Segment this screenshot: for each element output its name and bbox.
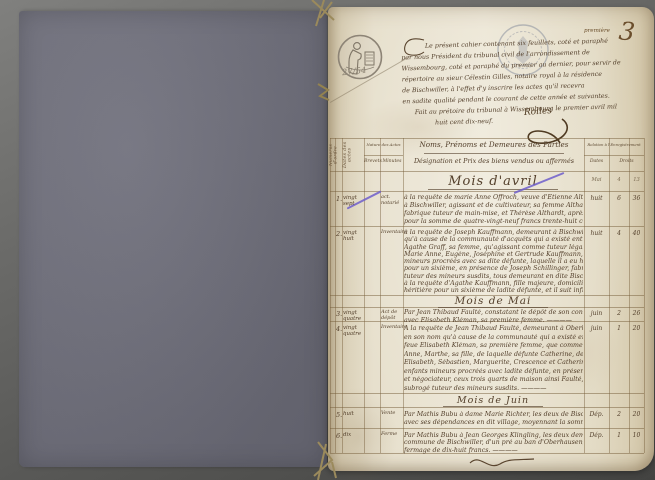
row-nature: Inventaire: [381, 325, 403, 331]
entry-line: à la requête d'Agathe Kauffmann, fille m…: [404, 280, 583, 287]
carry-centimes: 13: [630, 177, 643, 183]
table-rule: [364, 155, 403, 156]
entry-line: Par Jean Thibaud Faulté, constatant le d…: [404, 309, 583, 317]
enreg-centimes: 20: [630, 411, 643, 418]
enreg-francs: 2: [611, 411, 627, 418]
row-nature: Act de dépôt: [381, 310, 403, 321]
enreg-francs: 4: [611, 230, 627, 237]
header-enreg-dates: Dates: [585, 159, 608, 164]
entry-line: avec Élisabeth Kléman, sa première femme…: [404, 317, 583, 325]
blank-left-page: [19, 11, 327, 467]
header-brevets: Brevets: [364, 159, 380, 164]
table-rule: [644, 138, 645, 453]
header-nature-group: Nature des Actes: [364, 142, 403, 147]
carry-date: Mai: [586, 177, 607, 183]
entry-line: à la requête de marie Anne Offroch, veuv…: [404, 194, 583, 202]
enreg-francs: 1: [611, 325, 627, 332]
entry-line: qu'à cause de la communauté d'acquêts qu…: [404, 236, 583, 243]
bottom-flourish: [468, 454, 538, 468]
row-text: à la requête de marie Anne Offroch, veuv…: [404, 194, 583, 226]
entry-line: Par Mathis Bubu à dame Marie Richter, le…: [404, 411, 583, 419]
folio-word: première: [584, 28, 610, 34]
header-main-line1: Noms, Prénoms et Demeures des Parties: [404, 140, 584, 149]
entry-line: Par Mathis Bubu à Jean Georges Klingling…: [404, 432, 583, 439]
entry-line: à Bischwiller, agissant et de cultivateu…: [404, 202, 583, 210]
binding-threads: [298, 0, 348, 480]
enreg-francs: 1: [611, 432, 627, 439]
entry-line: Anne, Marthe, sa fille, de laquelle défu…: [404, 351, 583, 360]
entry-line: Marie Anne, Eugène, Joséphine et Gertrud…: [404, 251, 583, 258]
row-nature: Inventaire: [381, 230, 403, 236]
table-rule: [330, 226, 644, 227]
enreg-date: Dép.: [586, 432, 607, 439]
entry-line: en son nom qu'à cause de la communauté q…: [404, 334, 583, 343]
enreg-centimes: 36: [630, 195, 643, 202]
entry-line: Agathe Graff, sa femme, qu'agissant comm…: [404, 244, 583, 251]
table-rule: [584, 155, 644, 156]
entry-line: à la requête de Joseph Kauffmann, demeur…: [404, 229, 583, 236]
photographed-register-spread: 27/54 première 3 Le présent cahier conte…: [0, 0, 655, 480]
entry-line: et négociateur, ceux trois quarts de mai…: [404, 376, 583, 385]
row-text: À la requête de Jean Thibaud Faulté, dem…: [404, 325, 583, 393]
section-title-mai: Mois de Mai: [438, 295, 548, 308]
enreg-centimes: 10: [630, 432, 643, 439]
row-text: Par Mathis Bubu à Jean Georges Klingling…: [404, 432, 583, 454]
enreg-date: juin: [586, 325, 607, 332]
row-nature: Vente: [381, 411, 403, 417]
enreg-date: huit: [586, 230, 607, 237]
row-nature: act. notarié: [381, 195, 403, 206]
entry-line: fabrique tuteur de main-mise, et Thérèse…: [404, 210, 583, 218]
entry-line: À la requête de Jean Thibaud Faulté, dem…: [404, 325, 583, 334]
carry-francs: 4: [611, 177, 627, 183]
enreg-date: huit: [586, 195, 607, 202]
enreg-centimes: 20: [630, 325, 643, 332]
entry-line: pour la somme de quatre-vingt-neuf franc…: [404, 218, 583, 226]
entry-line: enfants mineurs procréés avec ladite déf…: [404, 368, 583, 377]
entry-line: subrogé tuteur des mineurs susdits. ————: [404, 385, 583, 394]
entry-line: mineurs procréés avec sa dite défunte, l…: [404, 258, 583, 265]
entry-line: tuteur des mineurs susdits, tous demeura…: [404, 273, 583, 280]
enreg-date: juin: [586, 310, 607, 317]
entry-line: Élisabeth, Sébastien, Marguerite, Cresce…: [404, 359, 583, 368]
section-title-juin: Mois de Juin: [443, 395, 543, 407]
header-main-line2: Désignation et Prix des biens vendus ou …: [404, 157, 584, 165]
header-underline: [424, 153, 564, 154]
header-enreg-group: Relation à l'Enregistrement: [584, 142, 644, 147]
table-rule: [330, 138, 644, 139]
enreg-francs: 6: [611, 195, 627, 202]
enreg-date: Dép.: [586, 411, 607, 418]
entry-line: commune de Bischwiller, d'un pré au ban …: [404, 439, 583, 446]
entry-line: pour un sixième, en présence de Joseph S…: [404, 265, 583, 272]
entry-line: héritière pour un sixième de ladite défu…: [404, 287, 583, 294]
row-nature: Ferme: [381, 432, 403, 438]
header-minutes: Minutes: [381, 159, 403, 164]
manuscript-page: 27/54 première 3 Le présent cahier conte…: [328, 7, 654, 471]
enreg-francs: 2: [611, 310, 627, 317]
table-rule: [330, 407, 644, 408]
row-text: à la requête de Joseph Kauffmann, demeur…: [404, 229, 583, 295]
table-rule: [330, 428, 644, 429]
entry-line: avec ses dépendances en dit village, moy…: [404, 419, 583, 427]
row-text: Par Mathis Bubu à dame Marie Richter, le…: [404, 411, 583, 427]
header-enreg-droits: Droits: [611, 159, 642, 164]
row-text: Par Jean Thibaud Faulté, constatant le d…: [404, 309, 583, 325]
entry-line: feue Élisabeth Kléman, sa première femme…: [404, 342, 583, 351]
enreg-centimes: 40: [630, 230, 643, 237]
table-rule: [330, 171, 644, 172]
enreg-centimes: 26: [630, 310, 643, 317]
table-rule: [330, 393, 644, 394]
